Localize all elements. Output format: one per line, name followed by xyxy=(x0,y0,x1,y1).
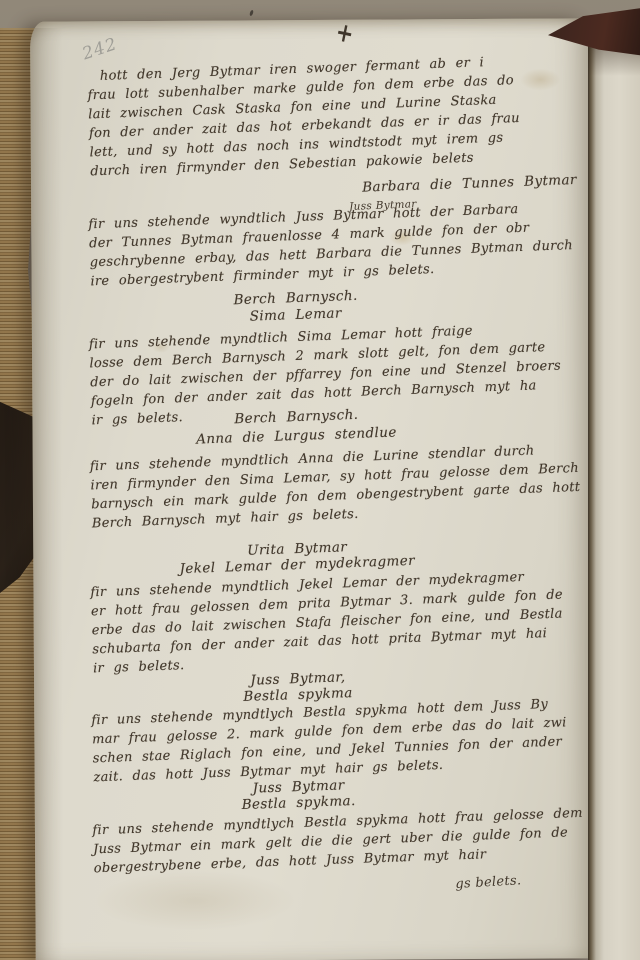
page-edge-shadow xyxy=(0,28,90,960)
cross-mark: + xyxy=(333,15,357,49)
entry-paragraph: fir uns stehende wyndtlich Juss Bytmar h… xyxy=(88,197,592,291)
manuscript-page: 242 + hott den Jerg Bytmar iren swoger f… xyxy=(30,18,596,960)
manuscript-photo: 242 + hott den Jerg Bytmar iren swoger f… xyxy=(0,0,640,960)
facing-page-edge xyxy=(588,36,640,960)
entry-paragraph: hott den Jerg Bytmar iren swoger fermant… xyxy=(87,49,593,181)
page-stain xyxy=(95,870,295,931)
trailing-phrase: gs belets. xyxy=(455,868,606,892)
entry-paragraph: fir uns stehende myndtlich Anna die Luri… xyxy=(90,439,594,533)
entry-paragraph: fir uns stehende myndtlich Jekel Lemar d… xyxy=(90,565,595,678)
